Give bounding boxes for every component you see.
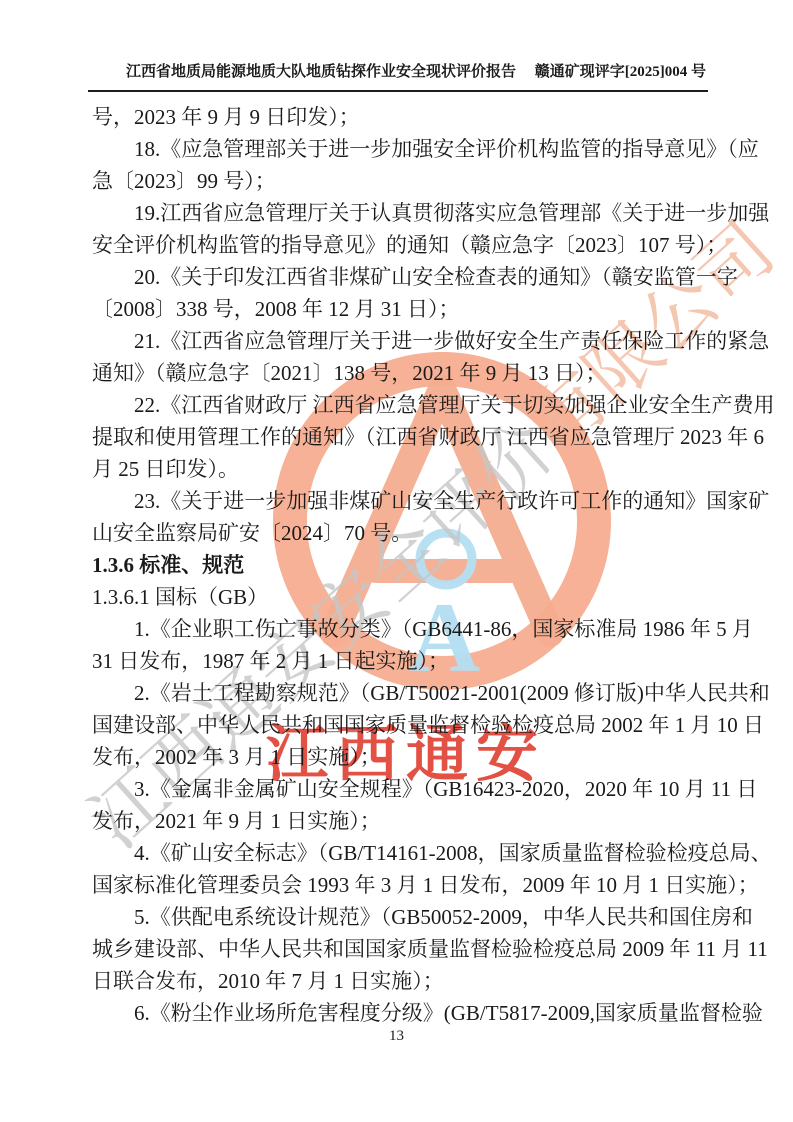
body-line: 3.《金属非金属矿山安全规程》（GB16423-2020，2020 年 10 月…	[92, 773, 714, 805]
body-line: 月 25 日印发）。	[92, 453, 714, 485]
body-line: 22.《江西省财政厅 江西省应急管理厅关于切实加强企业安全生产费用	[92, 389, 714, 421]
body-line: 号，2023 年 9 月 9 日印发）；	[92, 101, 714, 133]
body-line: 城乡建设部、中华人民共和国国家质量监督检验检疫总局 2009 年 11 月 11	[92, 933, 714, 965]
page-footer: 13	[0, 1027, 793, 1045]
body-line: 5.《供配电系统设计规范》（GB50052-2009，中华人民共和国住房和	[92, 901, 714, 933]
document-body: 号，2023 年 9 月 9 日印发）； 18.《应急管理部关于进一步加强安全评…	[92, 101, 714, 1029]
document-page: A 江西通安安全评价有限公司 江西通安 江西省地质局能源地质大队地质钻探作业安全…	[0, 0, 793, 1122]
body-line: 4.《矿山安全标志》（GB/T14161-2008，国家质量监督检验检疫总局、	[92, 837, 714, 869]
page-header: 江西省地质局能源地质大队地质钻探作业安全现状评价报告 赣通矿现评字[2025]0…	[88, 62, 708, 92]
body-line: 安全评价机构监管的指导意见》的通知（赣应急字〔2023〕107 号）；	[92, 229, 714, 261]
body-line: 2.《岩土工程勘察规范》（GB/T50021-2001(2009 修订版)中华人…	[92, 677, 714, 709]
body-line: 日联合发布，2010 年 7 月 1 日实施）；	[92, 965, 714, 997]
body-line: 20.《关于印发江西省非煤矿山安全检查表的通知》（赣安监管一字	[92, 261, 714, 293]
page-number: 13	[389, 1028, 404, 1044]
body-line: 山安全监察局矿安〔2024〕70 号。	[92, 517, 714, 549]
body-line: 21.《江西省应急管理厅关于进一步做好安全生产责任保险工作的紧急	[92, 325, 714, 357]
body-line: 发布，2002 年 3 月 1 日实施）；	[92, 741, 714, 773]
body-line: 〔2008〕338 号，2008 年 12 月 31 日）；	[92, 293, 714, 325]
body-line: 通知》（赣应急字〔2021〕138 号，2021 年 9 月 13 日）；	[92, 357, 714, 389]
body-line: 18.《应急管理部关于进一步加强安全评价机构监管的指导意见》（应	[92, 133, 714, 165]
body-line: 23.《关于进一步加强非煤矿山安全生产行政许可工作的通知》国家矿	[92, 485, 714, 517]
body-line: 急〔2023〕99 号）；	[92, 165, 714, 197]
body-line: 提取和使用管理工作的通知》（江西省财政厅 江西省应急管理厅 2023 年 6	[92, 421, 714, 453]
body-line: 6.《粉尘作业场所危害程度分级》(GB/T5817-2009,国家质量监督检验	[92, 997, 714, 1029]
section-heading-national-standards: 1.3.6.1 国标（GB）	[92, 581, 714, 613]
body-line: 国家标准化管理委员会 1993 年 3 月 1 日发布，2009 年 10 月 …	[92, 869, 714, 901]
body-line: 1.《企业职工伤亡事故分类》（GB6441-86，国家标准局 1986 年 5 …	[92, 613, 714, 645]
header-document-number: 赣通矿现评字[2025]004 号	[535, 62, 706, 82]
header-report-title: 江西省地质局能源地质大队地质钻探作业安全现状评价报告	[126, 62, 516, 82]
body-line: 31 日发布，1987 年 2 月 1 日起实施）；	[92, 645, 714, 677]
body-line: 发布，2021 年 9 月 1 日实施）；	[92, 805, 714, 837]
body-line: 19.江西省应急管理厅关于认真贯彻落实应急管理部《关于进一步加强	[92, 197, 714, 229]
section-heading-standards: 1.3.6 标准、规范	[92, 549, 714, 581]
body-line: 国建设部、中华人民共和国国家质量监督检验检疫总局 2002 年 1 月 10 日	[92, 709, 714, 741]
